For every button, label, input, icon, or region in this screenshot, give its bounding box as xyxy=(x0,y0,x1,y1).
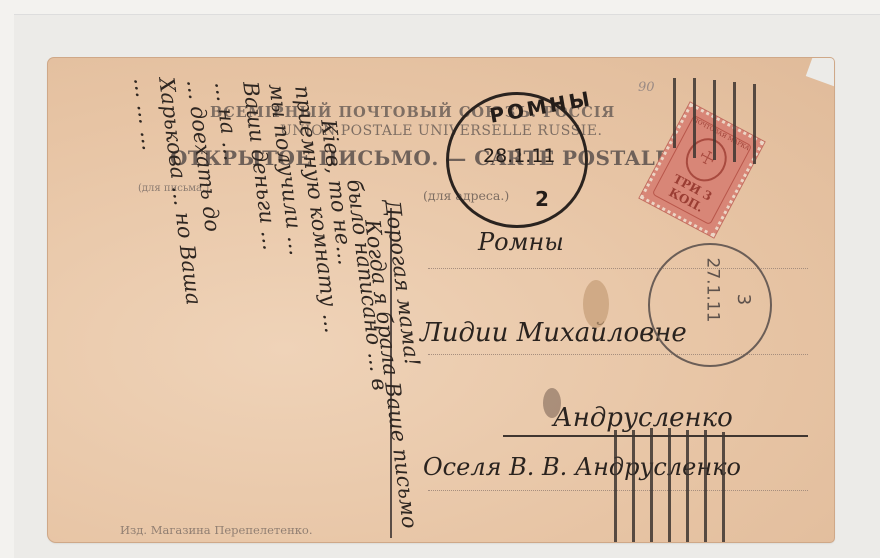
cancel-bar xyxy=(722,432,725,542)
arrival-postmark: 27.1.11 3 xyxy=(648,243,772,367)
postcard: ВСЕМІРНЫЙ ПОЧТОВЫЙ СОЮЗЪ. РОССІЯ UNION P… xyxy=(48,58,834,542)
departure-postmark-town: РОМНЫ xyxy=(488,86,595,128)
cancel-bar xyxy=(693,78,696,158)
cancel-bar xyxy=(614,430,617,542)
departure-postmark: РОМНЫ 28.1.11 2 xyxy=(446,92,588,228)
cancel-bar xyxy=(686,430,689,542)
departure-postmark-date: 28.1.11 xyxy=(483,145,556,167)
address-city: Ромны xyxy=(478,228,564,256)
cancel-bar xyxy=(704,430,707,542)
departure-postmark-number: 2 xyxy=(535,187,549,211)
cancel-bar xyxy=(673,78,676,148)
address-recipient-name: Лидии Михайловне xyxy=(420,318,687,348)
torn-corner xyxy=(806,58,834,86)
margin-note: 90 xyxy=(638,80,655,95)
cancel-bar xyxy=(713,80,716,160)
cancel-bar xyxy=(668,428,671,542)
address-line xyxy=(428,490,808,491)
arrival-postmark-number: 3 xyxy=(733,294,754,305)
cancel-bar xyxy=(650,428,653,542)
stain xyxy=(543,388,561,418)
cancel-bar xyxy=(753,84,756,164)
cancel-bar xyxy=(733,82,736,162)
publisher-imprint: Изд. Магазина Перепелетенко. xyxy=(120,523,313,537)
postage-stamp: ПОЧТОВАЯ МАРКА ☩ ТРИ 3 КОП. xyxy=(640,103,765,238)
cancel-bar xyxy=(632,430,635,542)
stain xyxy=(583,280,609,328)
address-recipient-surname: Андрусленко xyxy=(553,403,733,433)
arrival-postmark-date: 27.1.11 xyxy=(702,258,722,323)
address-underline xyxy=(503,435,808,437)
address-line xyxy=(428,354,808,355)
header-postcard-title: ОТКРЫТОЕ ПИСЬМО. — CARTE POSTALE xyxy=(170,146,671,170)
address-care-of: Оселя В. В. Андрусленко xyxy=(423,453,741,481)
